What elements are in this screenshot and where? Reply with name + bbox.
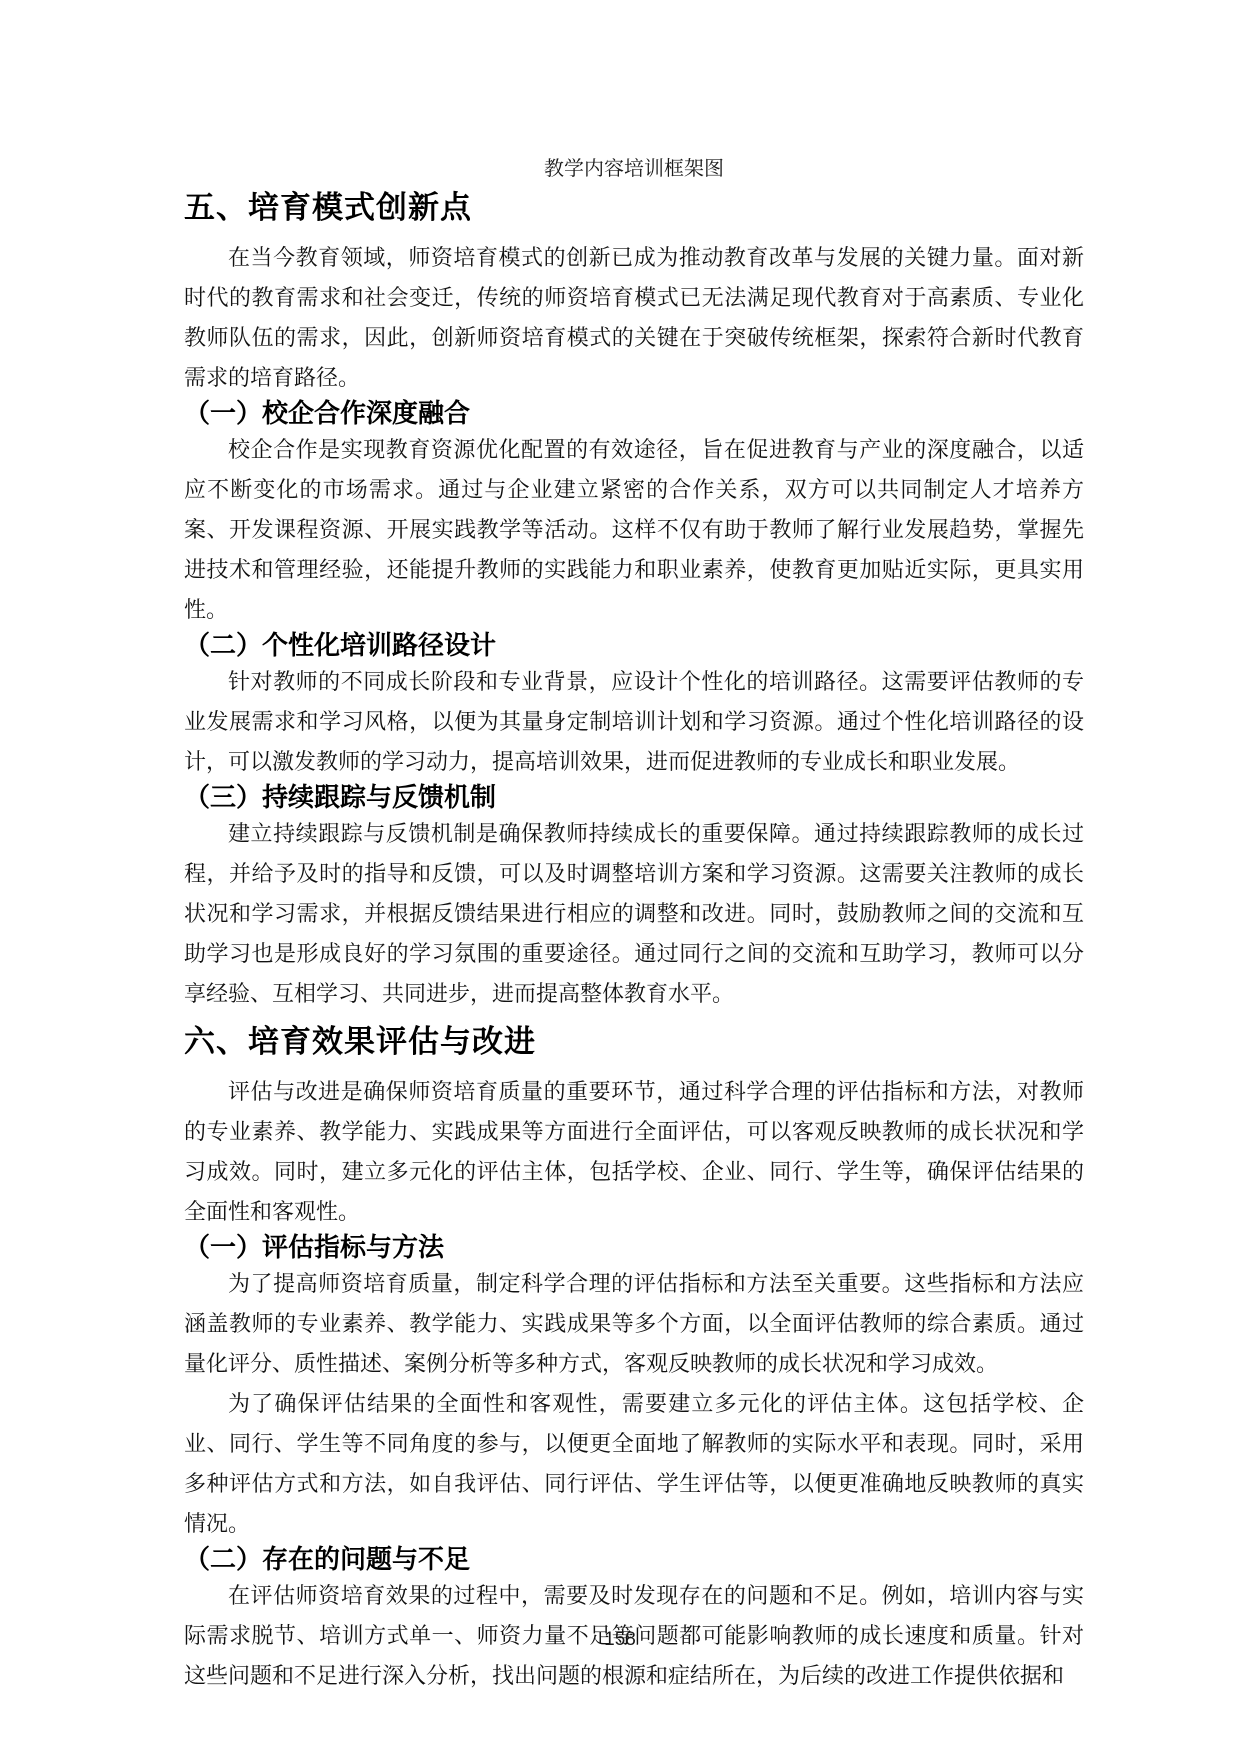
paragraph: 为了确保评估结果的全面性和客观性，需要建立多元化的评估主体。这包括学校、企业、同… [184,1384,1084,1544]
paragraph: 校企合作是实现教育资源优化配置的有效途径，旨在促进教育与产业的深度融合，以适应不… [184,430,1084,630]
paragraph: 在当今教育领域，师资培育模式的创新已成为推动教育改革与发展的关键力量。面对新时代… [184,238,1084,398]
page-number: 158 [0,1630,1240,1650]
document-page: 教学内容培训框架图 五、培育模式创新点 在当今教育领域，师资培育模式的创新已成为… [0,0,1240,1753]
subsection-heading-5-2: （二）个性化培训路径设计 [184,630,1084,660]
subsection-heading-6-2: （二）存在的问题与不足 [184,1544,1084,1574]
paragraph: 评估与改进是确保师资培育质量的重要环节，通过科学合理的评估指标和方法，对教师的专… [184,1072,1084,1232]
page-header-caption: 教学内容培训框架图 [184,158,1084,180]
section-heading-5: 五、培育模式创新点 [184,186,1084,230]
document-content: 教学内容培训框架图 五、培育模式创新点 在当今教育领域，师资培育模式的创新已成为… [184,158,1084,1696]
paragraph: 建立持续跟踪与反馈机制是确保教师持续成长的重要保障。通过持续跟踪教师的成长过程，… [184,814,1084,1014]
subsection-heading-6-1: （一）评估指标与方法 [184,1232,1084,1262]
section-heading-6: 六、培育效果评估与改进 [184,1020,1084,1064]
paragraph: 为了提高师资培育质量，制定科学合理的评估指标和方法至关重要。这些指标和方法应涵盖… [184,1264,1084,1384]
subsection-heading-5-3: （三）持续跟踪与反馈机制 [184,782,1084,812]
subsection-heading-5-1: （一）校企合作深度融合 [184,398,1084,428]
paragraph: 针对教师的不同成长阶段和专业背景，应设计个性化的培训路径。这需要评估教师的专业发… [184,662,1084,782]
